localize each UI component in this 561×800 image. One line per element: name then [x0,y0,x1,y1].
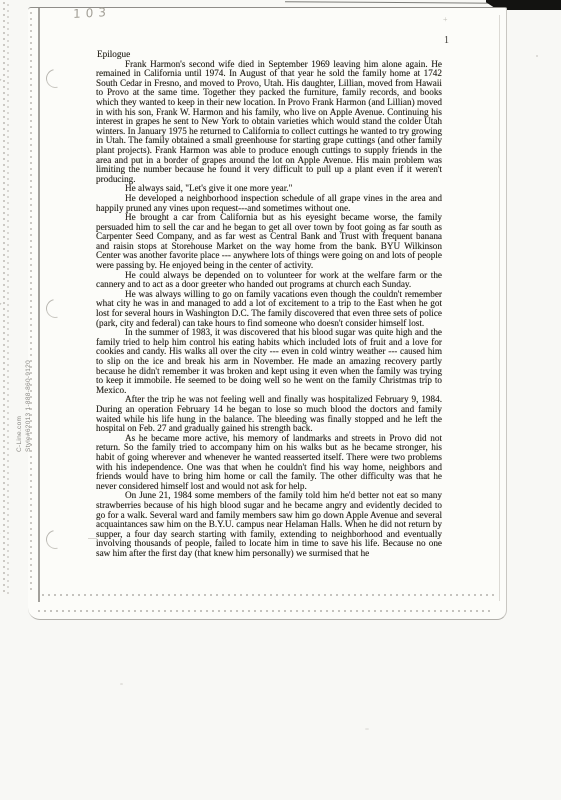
scanned-page: C-Line.com Style#62013 1-888-860-9120 10… [0,0,561,800]
paragraph: He was always willing to go on family va… [96,290,442,328]
protector-stitch-bottom-2 [38,610,490,612]
scan-top-hairline [285,1,497,3]
hole-punch-edge [0,530,16,551]
hole-punch-edge [0,76,17,97]
registration-mark: + [443,15,448,24]
protector-brand-vertical-text: C-Line.com Style#62013 1-888-860-9120 [16,360,33,452]
handwritten-page-number: 103 [73,5,111,21]
paper-right-edge [499,15,500,601]
scan-speck [536,55,538,57]
paragraph: He could always be depended on to volunt… [96,271,442,290]
paragraph: He developed a neighborhood inspection s… [96,194,442,213]
paragraph-list: Frank Harmon's second wife died in Septe… [96,60,442,559]
paragraph: In the summer of 1983, it was discovered… [96,328,442,395]
scan-speck [365,728,369,730]
paragraph: After the trip he was not feeling well a… [96,395,442,433]
paragraph: Frank Harmon's second wife died in Septe… [96,60,442,185]
paragraph: On June 21, 1984 some members of the fam… [96,491,442,558]
protector-binding-rail [38,8,40,602]
printed-page-number: 1 [444,35,449,46]
document-text-block: Epilogue Frank Harmon's second wife died… [96,50,442,558]
paragraph: As he became more active, his memory of … [96,434,442,492]
paragraph: He brought a car from California but as … [96,213,442,271]
scan-speck [120,683,123,685]
brand-url: C-Line.com [16,360,25,452]
protector-stitch-left-inner [30,12,32,594]
hole-punch-edge [0,300,17,321]
protector-stitch-bottom-1 [42,594,494,596]
brand-style-number: Style#62013 1-888-860-9120 [25,360,34,452]
